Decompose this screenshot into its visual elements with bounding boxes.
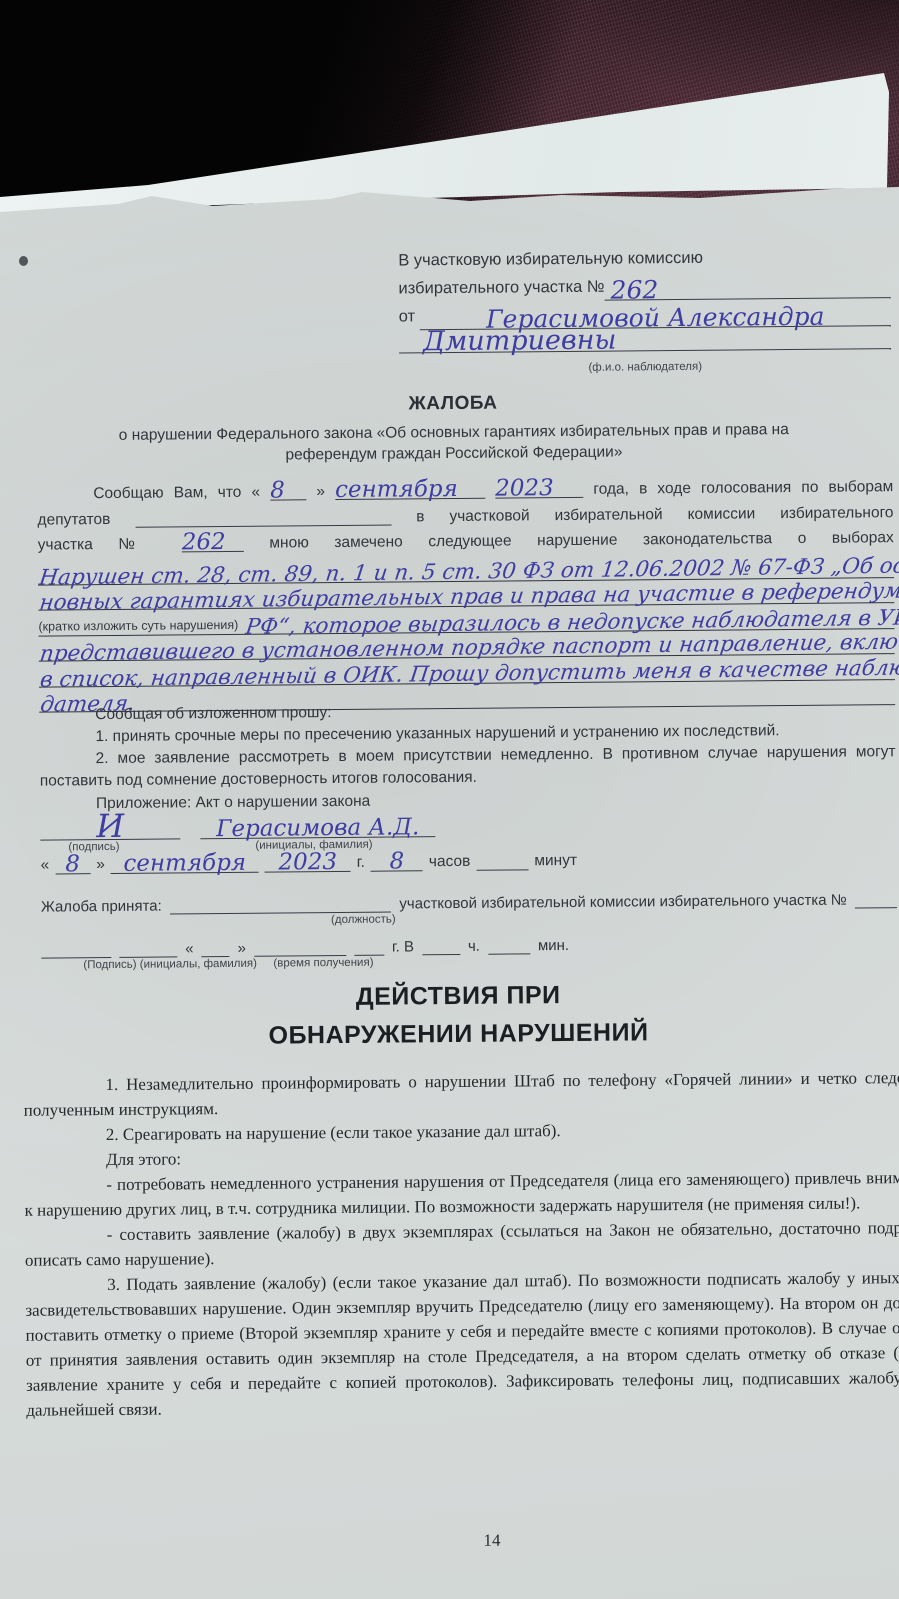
complaint-form-page: В участковую избирательную комиссию изби… (0, 0, 899, 1599)
minutes-label: минут (534, 852, 577, 870)
intro-precinct-blank: 262 (182, 534, 244, 553)
recipient-from-line2: Дмитриевны (399, 326, 891, 353)
date-day-blank: 8 (55, 855, 90, 874)
name-blank: Герасимова А.Д. (200, 812, 435, 839)
intro-day-close: » (316, 483, 325, 500)
date-year-handwritten: 2023 (265, 851, 351, 875)
accepted-day-blank (202, 938, 230, 957)
accepted-close-quote: » (238, 940, 246, 957)
request-block: Сообщая об изложенном прошу: 1. принять … (39, 697, 896, 792)
accepted-block: Жалоба принята: участковой избирательной… (41, 889, 898, 973)
note-label: (кратко изложить суть нарушения) (38, 617, 244, 633)
accepted-minutes-blank (488, 935, 530, 954)
date-close-quote: » (96, 856, 105, 874)
complaint-subtitle: о нарушении Федерального закона «Об осно… (34, 418, 874, 467)
deputies-blank (135, 507, 391, 527)
accepted-sign-caption: (Подпись) (инициалы, фамилия) (83, 958, 257, 972)
precinct-number-handwritten: 262 (604, 275, 890, 302)
date-day-handwritten: 8 (55, 853, 90, 876)
date-open-quote: « (40, 857, 49, 875)
date-row: « 8 » сентября 2023 г. 8 часов минут (40, 848, 896, 874)
intro-paragraph: Сообщаю Вам, что « 8 » сентября 2023 год… (37, 474, 894, 558)
from-name-blank-2: Дмитриевны (399, 326, 891, 353)
accepted-sign-blank (41, 939, 111, 959)
intro-deputies-label: депутатов (37, 510, 110, 528)
instruction-paragraph: 3. Подать заявление (жалобу) (если такое… (25, 1265, 899, 1423)
signature-handwritten: И (40, 809, 180, 842)
day-blank: 8 (270, 482, 306, 500)
intro-line2-post: в участковой избирательной комиссии изби… (416, 504, 893, 525)
date-g-label: г. (357, 854, 365, 872)
recipient-precinct-line: избирательного участка № 262 (398, 270, 890, 302)
precinct-label: избирательного участка № (398, 273, 604, 303)
signature-blank: И (40, 814, 180, 840)
instruction-paragraph: - потребовать немедленного устранения на… (24, 1165, 899, 1223)
recipient-commission-line: В участковую избирательную комиссию (398, 242, 890, 274)
intro-precinct-label: участка № (38, 536, 157, 554)
actions-title-line-2: ОБНАРУЖЕНИИ НАРУШЕНИЙ (9, 1011, 899, 1057)
position-blank (170, 894, 392, 915)
year-handwritten: 2023 (495, 477, 583, 501)
actions-title: ДЕЙСТВИЯ ПРИ ОБНАРУЖЕНИИ НАРУШЕНИЙ (9, 973, 899, 1057)
precinct-number-blank: 262 (604, 275, 890, 300)
date-year-blank: 2023 (265, 853, 351, 873)
from-name-handwritten-2: Дмитриевны (399, 324, 891, 355)
actions-section: ДЕЙСТВИЯ ПРИ ОБНАРУЖЕНИИ НАРУШЕНИЙ 1. Не… (9, 973, 899, 1423)
recipient-block: В участковую избирательную комиссию изби… (398, 242, 891, 383)
received-time-caption: (время получения) (273, 957, 373, 970)
intro-line3-post: мною замечено следующее нарушение законо… (269, 529, 894, 551)
accepted-label: Жалоба принята: (41, 898, 162, 916)
request-item-2: 2. мое заявление рассмотреть в моем прис… (40, 741, 896, 792)
intro-precinct-handwritten: 262 (182, 531, 244, 555)
accepted-open-quote: « (185, 940, 193, 957)
instruction-paragraph: - составить заявление (жалобу) в двух эк… (25, 1215, 899, 1273)
month-blank: сентября (335, 481, 485, 500)
accepted-m-label: мин. (538, 937, 569, 954)
day-handwritten: 8 (270, 479, 306, 502)
position-caption: (должность) (331, 914, 396, 927)
accepted-month-blank (254, 937, 346, 957)
violation-description: Нарушен ст. 28, ст. 89, п. 1 и п. 5 ст. … (38, 552, 895, 712)
intro-after-date: года, в ходе голосования по выборам (593, 478, 893, 498)
intro-lead: Сообщаю Вам, что « (93, 484, 260, 502)
accepted-h-label: ч. (468, 938, 480, 955)
accepted-year-blank (354, 937, 384, 956)
accepted-name-blank (119, 938, 177, 958)
accepted-g-label: г. В (392, 938, 414, 955)
date-month-blank: сентября (111, 854, 259, 874)
hole-punch-mark (19, 256, 28, 266)
complaint-title: ЖАЛОБА (3, 389, 899, 419)
instruction-paragraph: 1. Незамедлительно проинформировать о на… (23, 1065, 899, 1123)
accepted-hours-blank (422, 936, 460, 955)
year-blank: 2023 (495, 480, 583, 499)
accepted-precinct-blank (855, 889, 897, 908)
month-handwritten: сентября (335, 478, 485, 502)
from-label: от (399, 302, 416, 330)
date-hours-blank: 8 (371, 852, 423, 871)
date-minutes-blank (476, 851, 528, 870)
date-month-handwritten: сентября (111, 852, 259, 876)
hours-label: часов (429, 853, 471, 871)
date-hours-handwritten: 8 (371, 850, 423, 873)
page-number: 14 (483, 1531, 500, 1551)
